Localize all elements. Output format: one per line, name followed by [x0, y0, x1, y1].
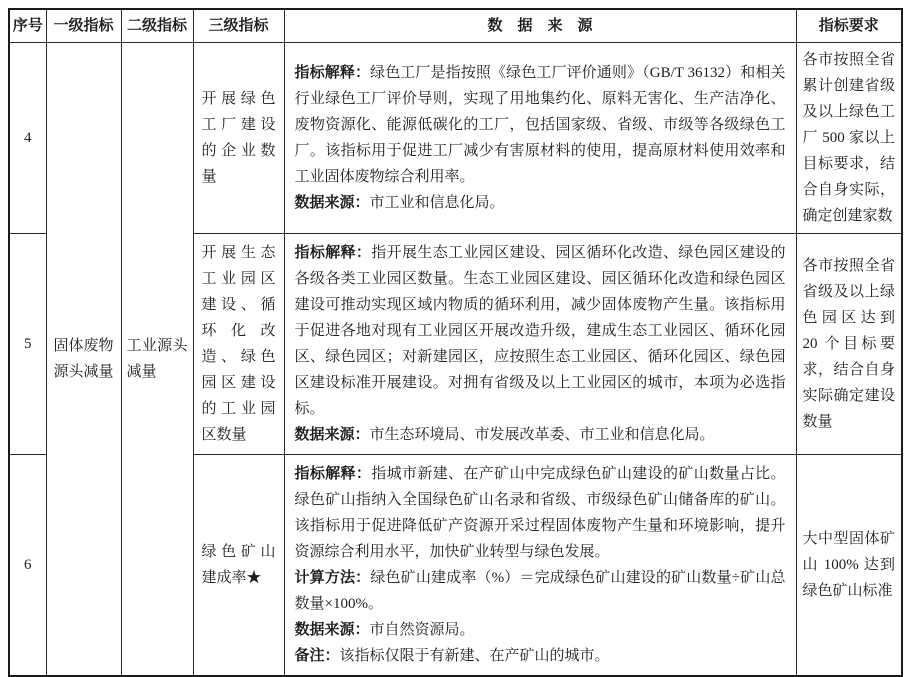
explanation-label: 指标解释：	[295, 65, 371, 81]
indicator-explanation: 指标解释：指城市新建、在产矿山中完成绿色矿山建设的矿山数量占比。绿色矿山指纳入全…	[295, 461, 786, 565]
level1-indicator-cell: 固体废物源头减量	[46, 42, 121, 676]
header-data-source: 数 据 来 源	[284, 9, 796, 42]
table-row: 4 固体废物源头减量 工业源头减量 开展绿色工厂建设的企业数量 指标解释：绿色工…	[9, 42, 902, 233]
remark-text: 该指标仅限于有新建、在产矿山的城市。	[340, 648, 610, 664]
data-source-label: 数据来源：	[295, 195, 370, 211]
explanation-label: 指标解释：	[295, 245, 372, 261]
row-number-cell: 5	[9, 233, 46, 454]
level3-indicator-cell: 开展生态工业园区建设、循环化改造、绿色园区建设的工业园区数量	[193, 233, 284, 454]
table-header-row: 序号 一级指标 二级指标 三级指标 数 据 来 源 指标要求	[9, 9, 902, 42]
data-source-label: 数据来源：	[295, 622, 370, 638]
level3-indicator-cell: 开展绿色工厂建设的企业数量	[193, 42, 284, 233]
row-number-cell: 6	[9, 454, 46, 676]
header-serial-number: 序号	[9, 9, 46, 42]
explanation-text: 指开展生态工业园区建设、园区循环化改造、绿色园区建设的各级各类工业园区数量。生态…	[295, 245, 786, 417]
data-source-line: 数据来源：市工业和信息化局。	[295, 190, 786, 216]
indicator-table: 序号 一级指标 二级指标 三级指标 数 据 来 源 指标要求 4 固体废物源头减…	[8, 8, 903, 677]
header-level2-indicator: 二级指标	[121, 9, 193, 42]
data-source-cell: 指标解释：绿色工厂是指按照《绿色工厂评价通则》（GB/T 36132）和相关行业…	[284, 42, 796, 233]
explanation-label: 指标解释：	[295, 466, 372, 482]
data-source-text: 市自然资源局。	[370, 622, 475, 638]
data-source-cell: 指标解释：指城市新建、在产矿山中完成绿色矿山建设的矿山数量占比。绿色矿山指纳入全…	[284, 454, 796, 676]
calculation-method-line: 计算方法：绿色矿山建成率（%）＝完成绿色矿山建设的矿山数量÷矿山总数量×100%…	[295, 565, 786, 617]
header-indicator-requirement: 指标要求	[796, 9, 902, 42]
remark-label: 备注：	[295, 648, 340, 664]
row-number-cell: 4	[9, 42, 46, 233]
data-source-line: 数据来源：市自然资源局。	[295, 617, 786, 643]
data-source-text: 市生态环境局、市发展改革委、市工业和信息化局。	[370, 427, 715, 443]
indicator-explanation: 指标解释：绿色工厂是指按照《绿色工厂评价通则》（GB/T 36132）和相关行业…	[295, 60, 786, 190]
indicator-explanation: 指标解释：指开展生态工业园区建设、园区循环化改造、绿色园区建设的各级各类工业园区…	[295, 240, 786, 422]
data-source-cell: 指标解释：指开展生态工业园区建设、园区循环化改造、绿色园区建设的各级各类工业园区…	[284, 233, 796, 454]
level3-indicator-cell: 绿色矿山建成率★	[193, 454, 284, 676]
remark-line: 备注：该指标仅限于有新建、在产矿山的城市。	[295, 643, 786, 669]
header-level3-indicator: 三级指标	[193, 9, 284, 42]
indicator-table-page: 序号 一级指标 二级指标 三级指标 数 据 来 源 指标要求 4 固体废物源头减…	[8, 8, 903, 677]
indicator-requirement-cell: 大中型固体矿山 100% 达到绿色矿山标准	[796, 454, 902, 676]
level2-indicator-cell: 工业源头减量	[121, 42, 193, 676]
data-source-line: 数据来源：市生态环境局、市发展改革委、市工业和信息化局。	[295, 422, 786, 448]
calculation-method-label: 计算方法：	[295, 570, 371, 586]
data-source-label: 数据来源：	[295, 427, 370, 443]
indicator-requirement-cell: 各市按照全省累计创建省级及以上绿色工厂 500 家以上目标要求，结合自身实际，确…	[796, 42, 902, 233]
explanation-text: 绿色工厂是指按照《绿色工厂评价通则》（GB/T 36132）和相关行业绿色工厂评…	[295, 65, 786, 185]
data-source-text: 市工业和信息化局。	[370, 195, 505, 211]
indicator-requirement-cell: 各市按照全省省级及以上绿色园区达到 20 个目标要求，结合自身实际确定建设数量	[796, 233, 902, 454]
header-level1-indicator: 一级指标	[46, 9, 121, 42]
